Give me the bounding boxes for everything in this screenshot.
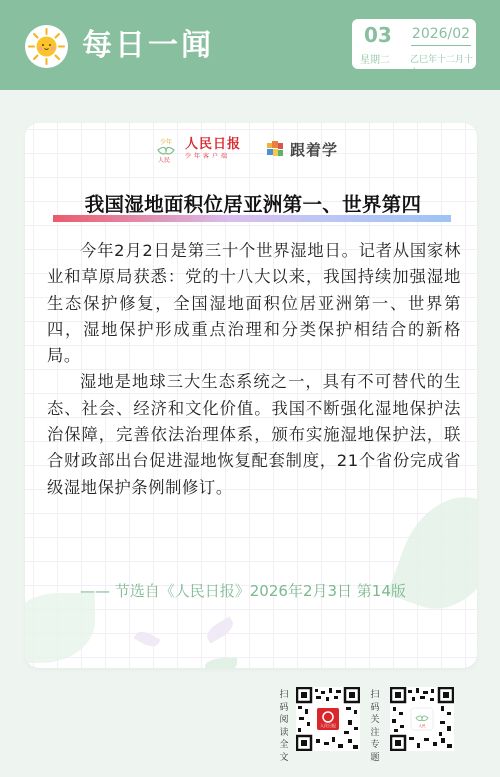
svg-text:人民: 人民 [158, 156, 170, 164]
headline: 我国湿地面积位居亚洲第一、世界第四 [53, 189, 453, 217]
source-citation: —— 节选自《人民日报》2026年2月3日 第14版 [80, 580, 406, 601]
article-paragraph: 湿地是地球三大生态系统之一，具有不可替代的生态、社会、经济和文化价值。我国不断强… [47, 369, 461, 500]
sun-icon [25, 25, 68, 68]
gzx-logo-text: 跟着学 [290, 139, 338, 160]
svg-text:人民: 人民 [419, 723, 427, 728]
rm-logo-text: 人民日报 [185, 137, 241, 152]
gzx-logo-icon [267, 141, 284, 158]
qr-code-read-full[interactable]: 人民日报 [296, 687, 360, 751]
date-lunar: 乙巳年十二月十六 [410, 52, 476, 78]
header-banner: 每日一闻 03 2026/02 星期二 乙巳年十二月十六 [0, 0, 500, 90]
rm-logo-subtext: 少年客户端 [185, 152, 241, 161]
headline-block: 我国湿地面积位居亚洲第一、世界第四 [53, 185, 453, 225]
date-card: 03 2026/02 星期二 乙巳年十二月十六 [352, 19, 476, 69]
date-day: 03 [364, 24, 392, 46]
leaf-decoration [205, 658, 237, 668]
qr-follow-label: 扫码关注专题 [370, 689, 380, 764]
article-body: 今年2月2日是第三十个世界湿地日。记者从国家林业和草原局获悉：党的十八大以来，我… [47, 238, 461, 501]
leaf-decoration [25, 593, 95, 663]
leaf-decoration [387, 481, 477, 625]
app-title: 每日一闻 [82, 26, 214, 66]
date-weekday: 星期二 [360, 51, 390, 66]
svg-text:少年: 少年 [160, 138, 172, 146]
article-paragraph: 今年2月2日是第三十个世界湿地日。记者从国家林业和草原局获悉：党的十八大以来，我… [47, 238, 461, 369]
qr-read-label: 扫码阅读全文 [279, 689, 289, 764]
leaf-decoration [134, 628, 161, 650]
partner-logos: 少年 人民 人民日报 少年客户端 跟着学 [153, 133, 338, 165]
qr-code-follow-topic[interactable]: 人民 [390, 687, 454, 751]
date-year-month: 2026/02 [411, 25, 471, 46]
rm-youth-logo-icon: 少年 人民 [153, 136, 179, 162]
leaf-decoration [204, 616, 237, 643]
svg-text:人民日报: 人民日报 [320, 722, 336, 728]
